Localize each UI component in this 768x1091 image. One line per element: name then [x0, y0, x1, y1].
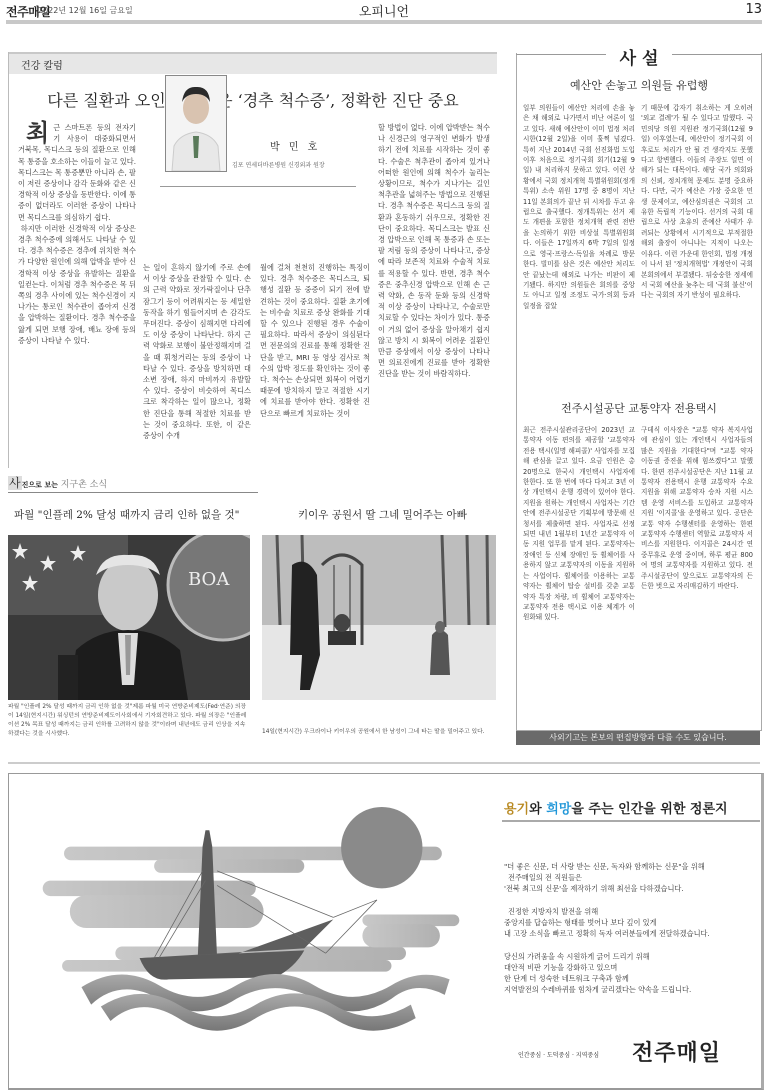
label-mid: 진으로 보는 — [22, 481, 58, 489]
editorial-title-wrap: 사 설 — [516, 44, 762, 64]
ad-line: 중앙지를 답습하는 형태를 벗어나 보다 깊이 있게 — [504, 917, 710, 928]
ad-brand-logo: 전주매일 — [632, 1036, 721, 1067]
photo-section-rule — [8, 492, 258, 493]
photo2-caption: 14일(현지시간) 우크라이나 키이우의 공원에서 한 남성이 그네 타는 딸을… — [262, 728, 496, 737]
photo1-caption: 파월 "인플레 2% 달성 때까지 금리 인하 없을 것"제롬 파월 미국 연방… — [8, 703, 250, 739]
svg-text:BOA: BOA — [188, 569, 230, 590]
section-divider — [8, 762, 760, 764]
ship-illustration-icon — [11, 774, 491, 1084]
editorial2-col2: 구데식 이사장은 "교통 약자 복지사업에 관심이 있는 개인택시 사업자들의 … — [641, 425, 753, 592]
header-rule — [6, 20, 762, 24]
ad-line: 지역발전의 수레바퀴를 힘차게 굴리겠다는 약속을 드립니다. — [504, 984, 691, 995]
author-portrait-icon — [166, 76, 226, 171]
editorial-headline-1: 예산안 손놓고 의원들 유럽행 — [516, 77, 762, 93]
photo1-image[interactable]: BOA — [8, 535, 250, 700]
column-body-col1: 최 근 스마트폰 등의 전자기기 사용이 대중화되면서 거북목, 목디스크 등의… — [18, 122, 136, 346]
ad-paragraph-3: 당신의 가려움을 속 시원하게 긁어 드리기 위해 대안적 비판 기능을 강화하… — [504, 951, 691, 995]
column-tag-label: 건강 칼럼 — [21, 57, 63, 72]
editorial-headline-2: 전주시설공단 교통약자 전용택시 — [516, 400, 762, 416]
ad-paragraph-1: "더 좋은 신문, 더 사랑 받는 신문, 독자와 함께하는 신문"을 위해 전… — [504, 861, 705, 894]
photo2-headline: 키이우 공원서 딸 그네 밀어주는 아빠 — [298, 507, 467, 522]
column-body-col2: 는 일이 흔하지 않기에 주로 손에서 이상 증상을 관찰할 수 있다. 손의 … — [143, 262, 251, 441]
ad-line: 진정한 지방자치 발전을 위해 — [504, 906, 710, 917]
ad-headline: 용기와 희망을 주는 인간을 위한 정론지 — [504, 798, 728, 817]
photo-section-label: 사진으로 보는 지구촌 소식 — [8, 474, 107, 491]
author-divider — [160, 186, 356, 187]
author-name: 박 민 호 — [270, 138, 320, 153]
page-number: 13 — [745, 2, 762, 17]
dropcap: 최 — [26, 122, 49, 144]
ad-line: 내 고장 소식을 빠르고 정확히 독자 여러분들에게 전달하겠습니다. — [504, 928, 710, 939]
ad-line: 대안적 비판 기능을 강화하고 있으며 — [504, 962, 691, 973]
column-body-col4: 할 방법이 없다. 이에 압박받는 척수나 신경근의 영구적인 변화가 발생하기… — [378, 122, 490, 380]
ad-line: 전주매일의 전 직원들은 — [504, 872, 705, 883]
label-grey: 지구촌 소식 — [61, 480, 107, 490]
disclaimer-banner: 사외기고는 본보의 편집방향과 다를 수도 있습니다. — [516, 731, 760, 745]
ad-line: '전북 최고의 신문'을 제작하기 위해 최선을 다하겠습니다. — [504, 883, 705, 894]
ad-line: 당신의 가려움을 속 시원하게 긁어 드리기 위해 — [504, 951, 691, 962]
ad-headline-blue: 희망 — [546, 802, 571, 817]
editorial-title: 사 설 — [516, 44, 762, 69]
ad-line: 한 단계 더 성숙한 네트워크 구축과 함께 — [504, 973, 691, 984]
column-tag: 건강 칼럼 — [9, 52, 497, 74]
ad-headline-rest: 을 주는 인간을 위한 정론지 — [571, 802, 727, 817]
ad-paragraph-2: 진정한 지방자치 발전을 위해 중앙지를 답습하는 형태를 벗어나 보다 깊이 … — [504, 906, 710, 939]
ad-headline-mid: 와 — [529, 802, 546, 817]
author-photo — [165, 75, 227, 172]
section-title: 오피니언 — [0, 1, 768, 20]
ad-line: "더 좋은 신문, 더 사랑 받는 신문, 독자와 함께하는 신문"을 위해 — [504, 861, 705, 872]
ad-rule — [502, 820, 760, 822]
park-swing-photo-icon — [262, 535, 496, 700]
photo2-image[interactable] — [262, 535, 496, 700]
editorial2-col1: 최근 전주시설관리공단이 2023년 교통약자 이동 편의를 제공할 '교통약자… — [523, 425, 635, 623]
label-cap: 사 — [8, 476, 22, 490]
ad-slogan: 인간중심 · 도덕중심 · 지역중심 — [518, 1050, 599, 1059]
editorial1-col2: 기 때문에 갑자기 취소하는 게 오히려 '외교 결례'가 될 수 있다고 말했… — [641, 103, 753, 301]
photo1-headline: 파월 "인플레 2% 달성 때까지 금리 인하 없을 것" — [14, 507, 239, 522]
powell-press-photo-icon: BOA — [8, 535, 250, 700]
col1-rest: 하지만 이러한 신경학적 이상 증상은 경추 척수증에 의해서도 나타날 수 있… — [18, 224, 136, 345]
author-title: 김포 연세더바른병원 신경외과 원장 — [232, 160, 325, 169]
column-headline: 다른 질환과 오인하기 쉬운 ‘경추 척수증’, 정확한 진단 중요 — [9, 88, 497, 111]
ad-headline-gold: 용기 — [504, 802, 529, 817]
column-body-col3: 월에 걸쳐 천천히 진행하는 특징이 있다. 경추 척수증은 목디스크, 퇴행성… — [260, 262, 370, 419]
editorial1-col1: 일부 의원들이 예산안 처리에 손을 놓은 채 해외로 나가면서 비난 여론이 … — [523, 103, 635, 311]
masthead: 전주매일 2022년 12월 16일 금요일 오피니언 13 — [0, 0, 768, 24]
